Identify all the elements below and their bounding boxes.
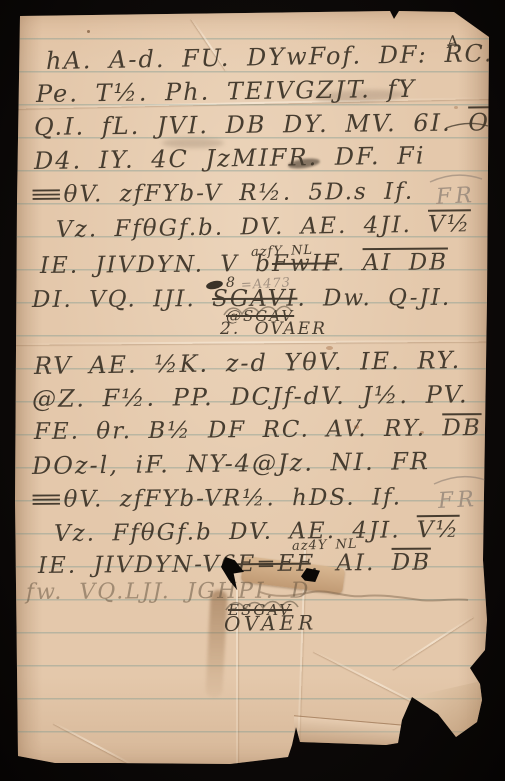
line-text: Pe. T½. Ph. TEIVGZJT. fY (36, 75, 417, 108)
line-text: IE. JIVDYN-V6 (38, 551, 238, 579)
overlined-text: DB (442, 415, 482, 441)
manuscript-line-12: DOz-l, iF. NY-4@Jz. NI. FR (32, 448, 430, 480)
line-text: . Dw. Q-JI. (297, 285, 451, 312)
line-text: @Z. F½. PP. DCJf-dV. J½. PV. (32, 380, 469, 413)
line-text: OVAER (224, 610, 318, 636)
correction-text-2: OVAER (224, 611, 318, 636)
manuscript-line-7: IE. JIVDYN. V bFwIF. AI DB (40, 249, 448, 279)
manuscript-line-5: ≡ θV. zfFYb-V R½. 5D.s If. (28, 179, 414, 209)
overlined-text: O& (468, 108, 505, 136)
manuscript-line-14: Vz. FfθGf.b DV. AE. 4JI. V½ (54, 517, 460, 548)
line-text: D4. IY. 4C JzMIFR. DF. Fi (34, 142, 426, 175)
manuscript-paper: A hA. A-d. FU. DYwFof. DF: RC. Pe. T½. P… (14, 10, 491, 767)
paragraph-mark: ≡ (28, 487, 65, 514)
struck-text: FwIF (272, 250, 337, 277)
line-text: DOz-l, iF. NY-4@Jz. NI. FR (32, 447, 430, 480)
pencil-annotation-2: FR (437, 487, 478, 514)
overlined-text: V½ (428, 211, 471, 238)
manuscript-line-2: Pe. T½. Ph. TEIVGZJT. fY (36, 76, 417, 109)
line-text: RV AE. ½K. z-d YθV. IE. RY. (34, 346, 461, 380)
manuscript-line-3: Q.I. fL. JVI. DB DY. MV. 6I. O& (34, 109, 505, 142)
struck-text: E=EF (237, 551, 310, 578)
manuscript-line-11: FE. θr. B½ DF RC. AV. RY. DB (34, 415, 482, 445)
line-text: DI. VQ. IJI. (32, 286, 212, 313)
line-text: Vz. FfθGf.b DV. AE. 4JI. (54, 517, 417, 547)
pencil-annotation-1: FR (435, 183, 476, 210)
line-text: FE. θr. B½ DF RC. AV. RY. (34, 415, 443, 445)
line-text: θV. zfFYb-VR½. hDS. If. (64, 484, 403, 512)
overlined-text: V½ (417, 517, 460, 543)
manuscript-line-13: ≡ θV. zfFYb-VR½. hDS. If. (28, 484, 402, 513)
manuscript-line-4: D4. IY. 4C JzMIFR. DF. Fi (34, 143, 426, 176)
line-text: Q.I. fL. JVI. DB DY. MV. 6I. (34, 108, 469, 141)
line-text: θV. zfFYb-V R½. 5D.s If. (63, 179, 414, 208)
line-text: FR (435, 183, 476, 210)
line-text: FR (437, 487, 478, 514)
manuscript-line-10: @Z. F½. PP. DCJf-dV. J½. PV. (32, 381, 469, 413)
overlined-text: AI DB (363, 249, 449, 276)
correction-text: 2. OVAER (220, 320, 327, 340)
line-text: . (337, 250, 363, 276)
overlined-text: DB (392, 550, 432, 576)
paragraph-mark: ≡ (28, 182, 65, 209)
line-text: 2. OVAER (220, 319, 327, 339)
photograph-backdrop: A hA. A-d. FU. DYwFof. DF: RC. Pe. T½. P… (0, 0, 505, 781)
line-text: Vz. FfθGf.b. DV. AE. 4JI. (56, 212, 429, 243)
line-text: IE. JIVDYN. V b (40, 251, 272, 279)
line-text: . AI. (311, 550, 392, 577)
